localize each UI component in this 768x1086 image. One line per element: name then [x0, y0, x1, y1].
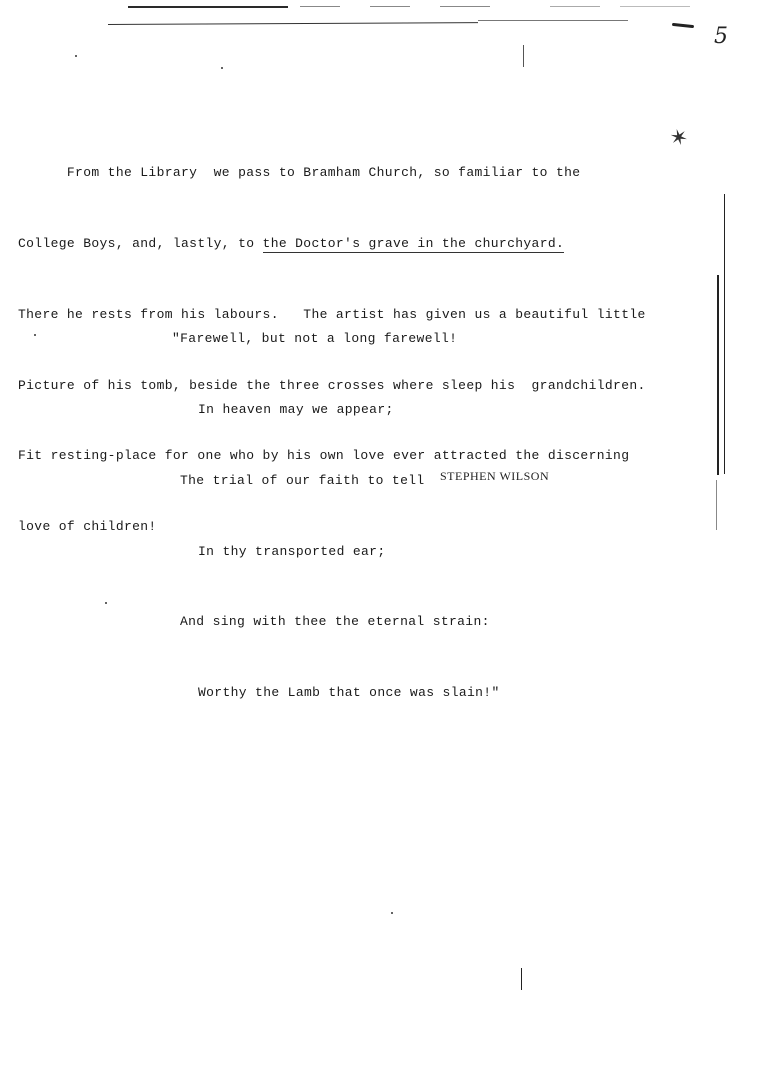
paragraph-line: From the Library we pass to Bramham Chur…	[18, 161, 678, 185]
page-number: 5	[714, 24, 728, 49]
poem-line: In thy transported ear;	[172, 540, 500, 564]
scan-artifact-line	[108, 22, 478, 25]
margin-line	[716, 480, 717, 530]
scan-speck	[391, 912, 393, 914]
poem-line: Worthy the Lamb that once was slain!"	[172, 681, 500, 705]
margin-line	[717, 275, 719, 475]
poem-line: And sing with thee the eternal strain:	[172, 610, 500, 634]
author-signature: STEPHEN WILSON	[440, 469, 549, 484]
scan-artifact-line	[521, 968, 522, 990]
poem-line: In heaven may we appear;	[172, 398, 500, 422]
scan-artifact-line	[620, 6, 690, 7]
scan-speck	[221, 67, 223, 69]
underlined-phrase: the Doctor's grave in the churchyard.	[263, 236, 565, 253]
scan-artifact-line	[370, 6, 410, 7]
scan-artifact-line	[523, 45, 524, 67]
margin-line	[724, 194, 725, 474]
scan-speck	[105, 602, 107, 604]
poem-quote: "Farewell, but not a long farewell! In h…	[172, 280, 500, 752]
scan-artifact-line	[478, 20, 628, 21]
document-page: 5 ✶ From the Library we pass to Bramham …	[0, 0, 768, 1086]
handwritten-dash-mark	[672, 23, 694, 28]
paragraph-line-start: College Boys, and, lastly, to	[18, 236, 263, 251]
scan-artifact-line	[128, 6, 288, 8]
paragraph-line: College Boys, and, lastly, to the Doctor…	[18, 232, 678, 256]
poem-line: "Farewell, but not a long farewell!	[172, 327, 500, 351]
scan-artifact-line	[440, 6, 490, 7]
scan-speck	[75, 55, 77, 57]
scan-artifact-line	[300, 6, 340, 7]
scan-artifact-line	[550, 6, 600, 7]
